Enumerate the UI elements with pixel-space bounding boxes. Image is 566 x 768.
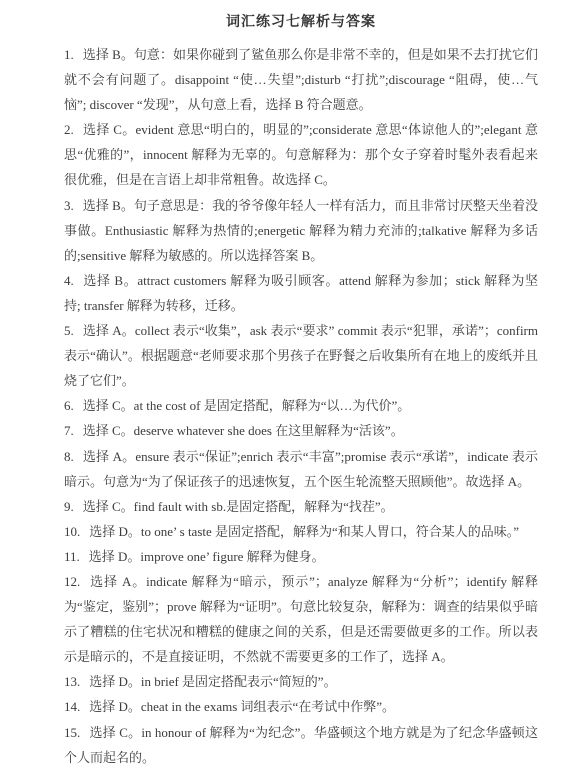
item-number: 3. xyxy=(64,198,83,213)
item-text: 选择 A。collect 表示“收集”，ask 表示“要求” commit 表示… xyxy=(64,323,538,388)
item-text: 选择 B。句子意思是：我的爷爷像年轻人一样有活力，而且非常讨厌整天坐着没事做。E… xyxy=(64,198,538,263)
answer-item-15: 15.选择 C。in honour of 解释为“为纪念”。华盛顿这个地方就是为… xyxy=(64,720,538,768)
answer-item-5: 5.选择 A。collect 表示“收集”，ask 表示“要求” commit … xyxy=(64,318,538,393)
answer-item-4: 4.选择 B。attract customers 解释为吸引顾客。attend … xyxy=(64,268,538,318)
item-number: 11. xyxy=(64,549,89,564)
answer-item-3: 3.选择 B。句子意思是：我的爷爷像年轻人一样有活力，而且非常讨厌整天坐着没事做… xyxy=(64,193,538,268)
item-text: 选择 A。ensure 表示“保证”;enrich 表示“丰富”;promise… xyxy=(64,449,538,489)
item-text: 选择 C。find fault with sb.是固定搭配，解释为“找茬”。 xyxy=(83,499,394,514)
item-number: 4. xyxy=(64,273,83,288)
answer-item-8: 8.选择 A。ensure 表示“保证”;enrich 表示“丰富”;promi… xyxy=(64,444,538,494)
item-number: 6. xyxy=(64,398,83,413)
item-text: 选择 C。evident 意思“明白的，明显的”;considerate 意思“… xyxy=(64,122,538,187)
item-number: 10. xyxy=(64,524,89,539)
item-number: 15. xyxy=(64,725,89,740)
item-number: 9. xyxy=(64,499,83,514)
answer-item-2: 2.选择 C。evident 意思“明白的，明显的”;considerate 意… xyxy=(64,117,538,192)
answer-item-7: 7.选择 C。deserve whatever she does 在这里解释为“… xyxy=(64,418,538,443)
answer-item-13: 13.选择 D。in brief 是固定搭配表示“简短的”。 xyxy=(64,669,538,694)
document-page: 词汇练习七解析与答案 1.选择 B。句意：如果你碰到了鲨鱼那么你是非常不幸的，但… xyxy=(0,0,566,768)
item-text: 选择 D。in brief 是固定搭配表示“简短的”。 xyxy=(89,674,336,689)
answer-item-11: 11.选择 D。improve one’ figure 解释为健身。 xyxy=(64,544,538,569)
item-number: 14. xyxy=(64,699,89,714)
item-text: 选择 B。句意：如果你碰到了鲨鱼那么你是非常不幸的，但是如果不去打扰它们就不会有… xyxy=(64,47,538,112)
item-text: 选择 D。cheat in the exams 词组表示“在考试中作弊”。 xyxy=(89,699,395,714)
answer-item-9: 9.选择 C。find fault with sb.是固定搭配，解释为“找茬”。 xyxy=(64,494,538,519)
item-text: 选择 D。to one’ s taste 是固定搭配，解释为“和某人胃口，符合某… xyxy=(89,524,519,539)
item-text: 选择 C。deserve whatever she does 在这里解释为“活该… xyxy=(83,423,404,438)
item-number: 2. xyxy=(64,122,83,137)
item-number: 5. xyxy=(64,323,83,338)
item-text: 选择 C。in honour of 解释为“为纪念”。华盛顿这个地方就是为了纪念… xyxy=(64,725,538,765)
answer-item-12: 12.选择 A。indicate 解释为“暗示，预示”；analyze 解释为“… xyxy=(64,569,538,669)
item-number: 7. xyxy=(64,423,83,438)
answer-item-10: 10.选择 D。to one’ s taste 是固定搭配，解释为“和某人胃口，… xyxy=(64,519,538,544)
item-text: 选择 A。indicate 解释为“暗示，预示”；analyze 解释为“分析”… xyxy=(64,574,538,664)
answer-item-14: 14.选择 D。cheat in the exams 词组表示“在考试中作弊”。 xyxy=(64,694,538,719)
item-number: 12. xyxy=(64,574,89,589)
answer-item-1: 1.选择 B。句意：如果你碰到了鲨鱼那么你是非常不幸的，但是如果不去打扰它们就不… xyxy=(64,42,538,117)
answer-item-6: 6.选择 C。at the cost of 是固定搭配，解释为“以…为代价”。 xyxy=(64,393,538,418)
page-title: 词汇练习七解析与答案 xyxy=(64,10,538,36)
item-text: 选择 B。attract customers 解释为吸引顾客。attend 解释… xyxy=(64,273,538,313)
answer-list: 1.选择 B。句意：如果你碰到了鲨鱼那么你是非常不幸的，但是如果不去打扰它们就不… xyxy=(64,42,538,768)
item-number: 8. xyxy=(64,449,83,464)
item-number: 13. xyxy=(64,674,89,689)
item-text: 选择 C。at the cost of 是固定搭配，解释为“以…为代价”。 xyxy=(83,398,411,413)
item-number: 1. xyxy=(64,47,83,62)
item-text: 选择 D。improve one’ figure 解释为健身。 xyxy=(89,549,325,564)
